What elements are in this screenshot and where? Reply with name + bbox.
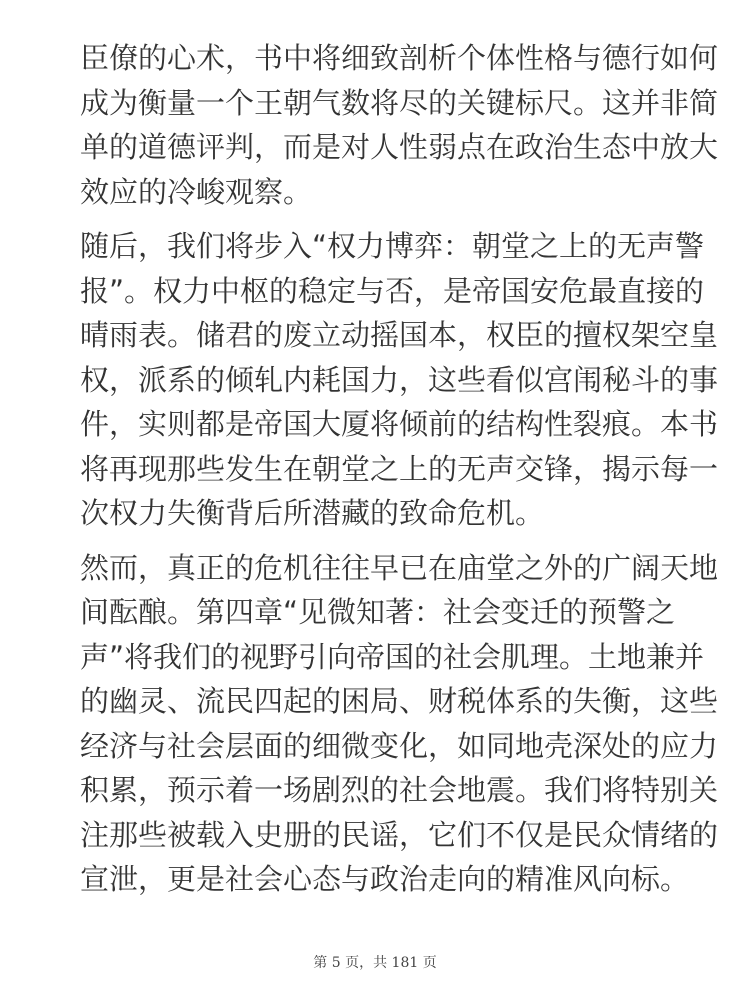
text-line: 间酝酿。第四章“见微知著：社会变迁的预警之 (80, 590, 668, 635)
text-line: 件，实则都是帝国大厦将倾前的结构性裂痕。本书 (80, 402, 668, 447)
text-line: 成为衡量一个王朝气数将尽的关键标尺。这并非简 (80, 81, 668, 126)
text-line: 效应的冷峻观察。 (80, 170, 668, 215)
text-line: 随后，我们将步入“权力博弈：朝堂之上的无声警 (80, 224, 668, 269)
text-line: 的幽灵、流民四起的困局、财税体系的失衡，这些 (80, 679, 668, 724)
text-line: 权，派系的倾轧内耗国力，这些看似宫闱秘斗的事 (80, 358, 668, 403)
text-line: 声”将我们的视野引向帝国的社会肌理。土地兼并 (80, 635, 668, 680)
paragraph-3: 然而，真正的危机往往早已在庙堂之外的广阔天地 间酝酿。第四章“见微知著：社会变迁… (80, 546, 668, 902)
text-line: 单的道德评判，而是对人性弱点在政治生态中放大 (80, 125, 668, 170)
document-page-body: 臣僚的心术，书中将细致剖析个体性格与德行如何 成为衡量一个王朝气数将尽的关键标尺… (80, 36, 668, 912)
text-line: 报”。权力中枢的稳定与否，是帝国安危最直接的 (80, 269, 668, 314)
text-line: 次权力失衡背后所潜藏的致命危机。 (80, 491, 668, 536)
page-number-indicator: 第 5 页，共 181 页 (0, 952, 750, 972)
text-line: 积累，预示着一场剧烈的社会地震。我们将特别关 (80, 768, 668, 813)
paragraph-2: 随后，我们将步入“权力博弈：朝堂之上的无声警 报”。权力中枢的稳定与否，是帝国安… (80, 224, 668, 536)
text-line: 臣僚的心术，书中将细致剖析个体性格与德行如何 (80, 36, 668, 81)
text-line: 经济与社会层面的细微变化，如同地壳深处的应力 (80, 724, 668, 769)
text-line: 注那些被载入史册的民谣，它们不仅是民众情绪的 (80, 813, 668, 858)
text-line: 宣泄，更是社会心态与政治走向的精准风向标。 (80, 857, 668, 902)
text-line: 晴雨表。储君的废立动摇国本，权臣的擅权架空皇 (80, 313, 668, 358)
text-line: 然而，真正的危机往往早已在庙堂之外的广阔天地 (80, 546, 668, 591)
paragraph-1: 臣僚的心术，书中将细致剖析个体性格与德行如何 成为衡量一个王朝气数将尽的关键标尺… (80, 36, 668, 214)
text-line: 将再现那些发生在朝堂之上的无声交锋，揭示每一 (80, 447, 668, 492)
